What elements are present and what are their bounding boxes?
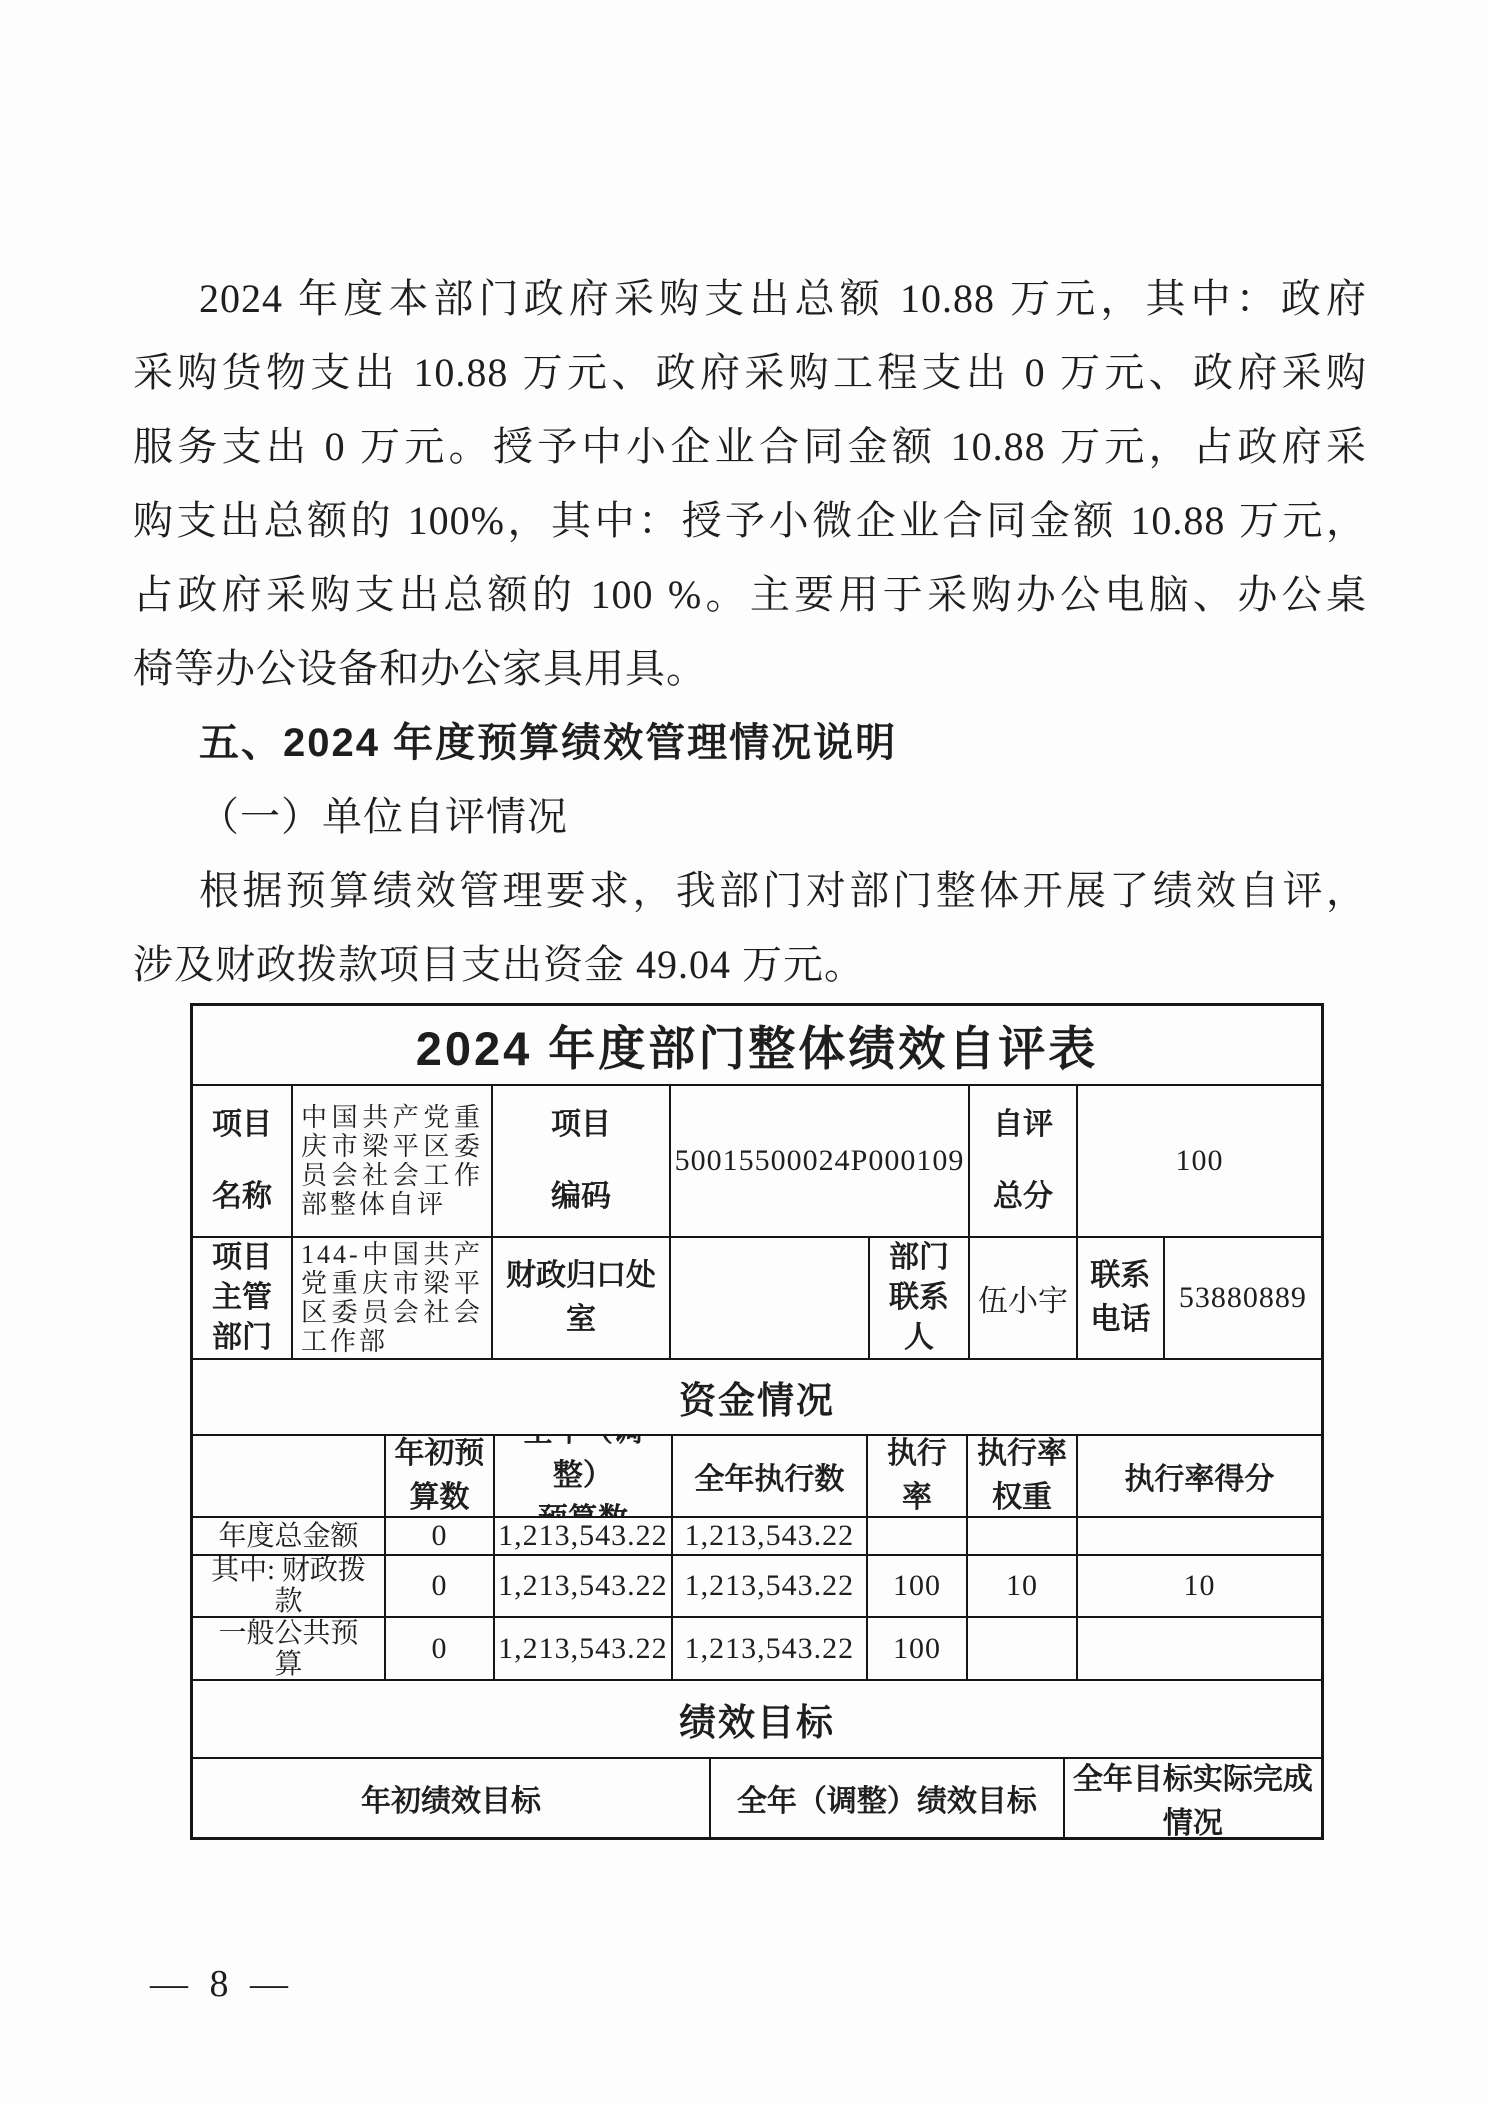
project-code-label: 项目 编码 (491, 1086, 669, 1236)
funds-cell: 0 (384, 1618, 493, 1679)
funds-section-title: 资金情况 (193, 1360, 1321, 1434)
goals-header-actual: 全年目标实际完成情况 (1063, 1759, 1321, 1837)
funds-cell: 1,213,543.22 (493, 1556, 671, 1616)
funds-header-row: 年初预 算数 全年（调整） 预算数 全年执行数 执行 率 执行率 权重 执行率得… (193, 1434, 1321, 1516)
table-title-row: 2024 年度部门整体绩效自评表 (193, 1006, 1321, 1084)
project-name-row: 项目 名称 中国共产党重庆市梁平区委员会社会工作部整体自评 项目 编码 5001… (193, 1084, 1321, 1236)
goals-section-title: 绩效目标 (193, 1681, 1321, 1757)
funds-header-executed: 全年执行数 (671, 1436, 866, 1516)
paragraph1-line: 服务支出 0 万元。授予中小企业合同金额 10.88 万元，占政府采 (133, 410, 1367, 484)
paragraph1-line: 占政府采购支出总额的 100 %。主要用于采购办公电脑、办公桌 (133, 558, 1367, 632)
funds-cell: 100 (866, 1556, 966, 1616)
funds-section-row: 资金情况 (193, 1358, 1321, 1434)
contact-phone-label: 联系 电话 (1076, 1238, 1163, 1358)
self-evaluation-table: 2024 年度部门整体绩效自评表 项目 名称 中国共产党重庆市梁平区委员会社会工… (190, 1003, 1324, 1840)
funds-row-fiscal: 其中: 财政拨 款 0 1,213,543.22 1,213,543.22 10… (193, 1554, 1321, 1616)
self-score-value: 100 (1076, 1086, 1321, 1236)
funds-row-label: 年度总金额 (193, 1518, 384, 1554)
funds-row-general-budget: 一般公共预 算 0 1,213,543.22 1,213,543.22 100 (193, 1616, 1321, 1679)
paragraph1-line: 2024 年度本部门政府采购支出总额 10.88 万元，其中：政府 (133, 262, 1367, 336)
goals-header-initial: 年初绩效目标 (193, 1759, 709, 1837)
body-text-block: 2024 年度本部门政府采购支出总额 10.88 万元，其中：政府 采购货物支出… (133, 262, 1367, 1002)
funds-row-label: 其中: 财政拨 款 (193, 1556, 384, 1616)
goals-header-row: 年初绩效目标 全年（调整）绩效目标 全年目标实际完成情况 (193, 1757, 1321, 1837)
funds-cell: 100 (866, 1618, 966, 1679)
paragraph1-line: 购支出总额的 100%，其中：授予小微企业合同金额 10.88 万元， (133, 484, 1367, 558)
funds-header-initial-budget: 年初预 算数 (384, 1436, 493, 1516)
funds-header-rate-score: 执行率得分 (1076, 1436, 1321, 1516)
paragraph2-line: 根据预算绩效管理要求，我部门对部门整体开展了绩效自评， (133, 854, 1367, 928)
contact-phone-value: 53880889 (1163, 1238, 1321, 1358)
table-title: 2024 年度部门整体绩效自评表 (193, 1006, 1321, 1084)
funds-cell: 10 (966, 1556, 1076, 1616)
funds-header-empty (193, 1436, 384, 1516)
sub-heading: （一）单位自评情况 (133, 780, 1367, 854)
funds-row-label: 一般公共预 算 (193, 1618, 384, 1679)
dept-contact-label: 部门 联系 人 (868, 1238, 968, 1358)
funds-cell: 10 (1076, 1556, 1321, 1616)
funds-cell (1076, 1518, 1321, 1554)
funds-cell (1076, 1618, 1321, 1679)
paragraph1-line: 采购货物支出 10.88 万元、政府采购工程支出 0 万元、政府采购 (133, 336, 1367, 410)
section-heading: 五、2024 年度预算绩效管理情况说明 (133, 706, 1367, 780)
project-code-value: 50015500024P000109 (669, 1086, 968, 1236)
funds-row-total: 年度总金额 0 1,213,543.22 1,213,543.22 (193, 1516, 1321, 1554)
funds-cell (966, 1518, 1076, 1554)
funds-header-adjusted-budget: 全年（调整） 预算数 (493, 1436, 671, 1516)
funds-cell (866, 1518, 966, 1554)
funds-cell: 0 (384, 1556, 493, 1616)
funds-cell: 1,213,543.22 (493, 1518, 671, 1554)
funds-cell (966, 1618, 1076, 1679)
funds-header-rate-weight: 执行率 权重 (966, 1436, 1076, 1516)
goals-section-row: 绩效目标 (193, 1679, 1321, 1757)
page-number: — 8 — (150, 1962, 294, 2006)
project-name-label: 项目 名称 (193, 1086, 291, 1236)
finance-office-value (669, 1238, 868, 1358)
self-score-label: 自评 总分 (968, 1086, 1076, 1236)
paragraph2-line: 涉及财政拨款项目支出资金 49.04 万元。 (133, 928, 1367, 1002)
funds-cell: 1,213,543.22 (493, 1618, 671, 1679)
project-name-value: 中国共产党重庆市梁平区委员会社会工作部整体自评 (291, 1086, 491, 1236)
dept-contact-value: 伍小宇 (968, 1238, 1076, 1358)
funds-header-execution-rate: 执行 率 (866, 1436, 966, 1516)
document-page: 2024 年度本部门政府采购支出总额 10.88 万元，其中：政府 采购货物支出… (0, 0, 1488, 2104)
funds-cell: 1,213,543.22 (671, 1518, 866, 1554)
finance-office-label: 财政归口处 室 (491, 1238, 669, 1358)
funds-cell: 0 (384, 1518, 493, 1554)
supervisor-dept-label: 项目 主管 部门 (193, 1238, 291, 1358)
funds-cell: 1,213,543.22 (671, 1618, 866, 1679)
funds-cell: 1,213,543.22 (671, 1556, 866, 1616)
paragraph1-line: 椅等办公设备和办公家具用具。 (133, 632, 1367, 706)
goals-header-adjusted: 全年（调整）绩效目标 (709, 1759, 1063, 1837)
supervisor-row: 项目 主管 部门 144-中国共产党重庆市梁平区委员会社会工作部 财政归口处 室… (193, 1236, 1321, 1358)
supervisor-dept-value: 144-中国共产党重庆市梁平区委员会社会工作部 (291, 1238, 491, 1358)
